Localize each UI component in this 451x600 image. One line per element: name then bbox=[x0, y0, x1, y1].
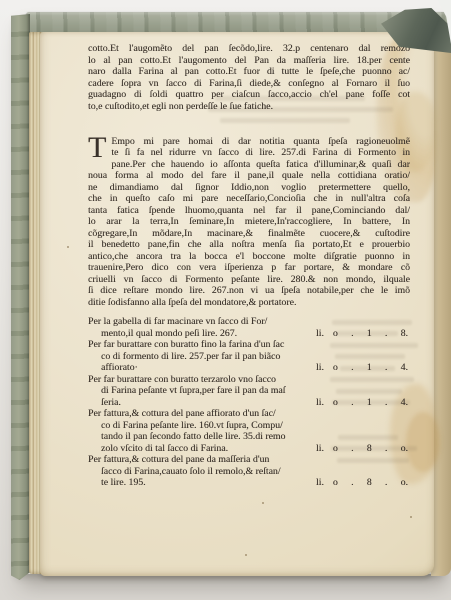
ledger-entry: Per far burattare con buratto fino la fa… bbox=[88, 339, 410, 374]
currency-unit: li. bbox=[316, 362, 324, 374]
amount-digits: o . 1 . 4. bbox=[333, 362, 408, 374]
fox-spot bbox=[245, 554, 247, 556]
text-line: Per fattura,& cottura del pane da maſſer… bbox=[88, 454, 410, 466]
text-line: ne dimandiamo dal ſignor Iddio,non vogli… bbox=[88, 182, 410, 194]
text-line: che in queſto caſo mi pare neceſſario,Co… bbox=[88, 193, 410, 205]
fox-spot bbox=[67, 246, 69, 248]
book-page: cotto.Et l'augomẽto del pan ſecõdo,lire.… bbox=[40, 32, 434, 576]
text-line: criuelli vn ſacco di Formento peſante li… bbox=[88, 274, 410, 286]
text-line: te ſi fa nel ridurre vn ſacco di lire. 2… bbox=[111, 147, 410, 159]
text-line: ſacco di Farina,cauato ſolo il remolo,& … bbox=[88, 466, 410, 478]
fox-spot bbox=[262, 502, 264, 504]
text-line: ditie ſodisfanno alla ſpeſa del mondator… bbox=[88, 297, 410, 309]
text-line: Per far burattare con buratto terzarolo … bbox=[88, 374, 410, 386]
text-line: cadere ſopra vn ſacco di Farina,ſi diede… bbox=[88, 78, 410, 90]
text-line: co di formento di lire. 257.per far il p… bbox=[88, 351, 410, 363]
text-line: Per fattura,& cottura del pane affiorato… bbox=[88, 408, 410, 420]
ledger-amount: li. o . 1 . 8. bbox=[316, 328, 408, 340]
amount-digits: o . 1 . 4. bbox=[333, 397, 408, 409]
photo-backdrop: cotto.Et l'augomẽto del pan ſecõdo,lire.… bbox=[0, 0, 451, 600]
text-line: trauenire,Pero dico con vera iſperienza … bbox=[88, 262, 410, 274]
currency-unit: li. bbox=[316, 477, 324, 489]
paragraph-costs-summary: cotto.Et l'augomẽto del pan ſecõdo,lire.… bbox=[88, 43, 410, 113]
vellum-binding-spine bbox=[11, 14, 30, 580]
text-line: guadagno di ſoldi quattro per ciaſcun ſa… bbox=[88, 89, 410, 101]
ledger-amount: li. o . 1 . 4. bbox=[316, 362, 408, 374]
text-line: to,e cuſtodito,et egli non perdeſſe le ſ… bbox=[88, 101, 410, 113]
text-line: noua forma al modo del fare il pane,il q… bbox=[88, 170, 410, 182]
amount-digits: o . 1 . 8. bbox=[333, 328, 408, 340]
text-line: cõgregare,In mõdare,In macinare,& finalm… bbox=[88, 228, 410, 240]
currency-unit: li. bbox=[316, 443, 324, 455]
drop-cap: T bbox=[88, 137, 106, 160]
text-line: il benedetto pane,fin che alla noſtra me… bbox=[88, 239, 410, 251]
text-line: pane.Per che hauendo io aſſonta queſta f… bbox=[111, 159, 410, 171]
ledger-entry: Per la gabella di far macinare vn ſacco … bbox=[88, 316, 410, 339]
currency-unit: li. bbox=[316, 397, 324, 409]
text-line: ſi dice reſtare mondo lire. 267.non vi u… bbox=[88, 285, 410, 297]
ledger-amount: li. o . 8 . o. bbox=[316, 443, 408, 455]
amount-digits: o . 8 . o. bbox=[333, 477, 408, 489]
cost-ledger: Per la gabella di far macinare vn ſacco … bbox=[88, 316, 410, 489]
text-line: di Farina peſante vt ſupra,per fare il p… bbox=[88, 385, 410, 397]
text-line: lo al pan cotto.Et l'augomento del Pan d… bbox=[88, 55, 410, 67]
text-line: Per la gabella di far macinare vn ſacco … bbox=[88, 316, 410, 328]
ledger-amount: li. o . 1 . 4. bbox=[316, 397, 408, 409]
text-line: antico,che ancora tra la bocca e'l bocco… bbox=[88, 251, 410, 263]
text-line: Empo mi pare homai di dar notitia quanta… bbox=[111, 136, 410, 148]
paragraph-tempo-mi-pare: T Empo mi pare homai di dar notitia quan… bbox=[88, 136, 410, 309]
text-line: tanta fatica ſpende lhuomo,quanta nel fa… bbox=[88, 205, 410, 217]
water-stain-mid-right-core bbox=[406, 412, 440, 472]
ledger-amount: li. o . 8 . o. bbox=[316, 477, 408, 489]
fox-spot bbox=[410, 516, 412, 518]
text-line: Per far burattare con buratto fino la fa… bbox=[88, 339, 410, 351]
text-line: cotto.Et l'augomẽto del pan ſecõdo,lire.… bbox=[88, 43, 410, 55]
ledger-entry: Per far burattare con buratto terzarolo … bbox=[88, 374, 410, 409]
amount-digits: o . 8 . o. bbox=[333, 443, 408, 455]
text-line: naro dalla Farina al pan cotto.Et fuor d… bbox=[88, 66, 410, 78]
currency-unit: li. bbox=[316, 328, 324, 340]
text-line: lo arar la terra,In ſeminare,In mietere,… bbox=[88, 216, 410, 228]
ledger-entry: Per fattura,& cottura del pane da maſſer… bbox=[88, 454, 410, 489]
ledger-entry: Per fattura,& cottura del pane affiorato… bbox=[88, 408, 410, 454]
text-line: tando il pan ſecondo fatto delle lire. 3… bbox=[88, 431, 410, 443]
printed-text-block: cotto.Et l'augomẽto del pan ſecõdo,lire.… bbox=[88, 43, 410, 489]
text-line: co di Farina peſante lire. 160.vt ſupra,… bbox=[88, 420, 410, 432]
